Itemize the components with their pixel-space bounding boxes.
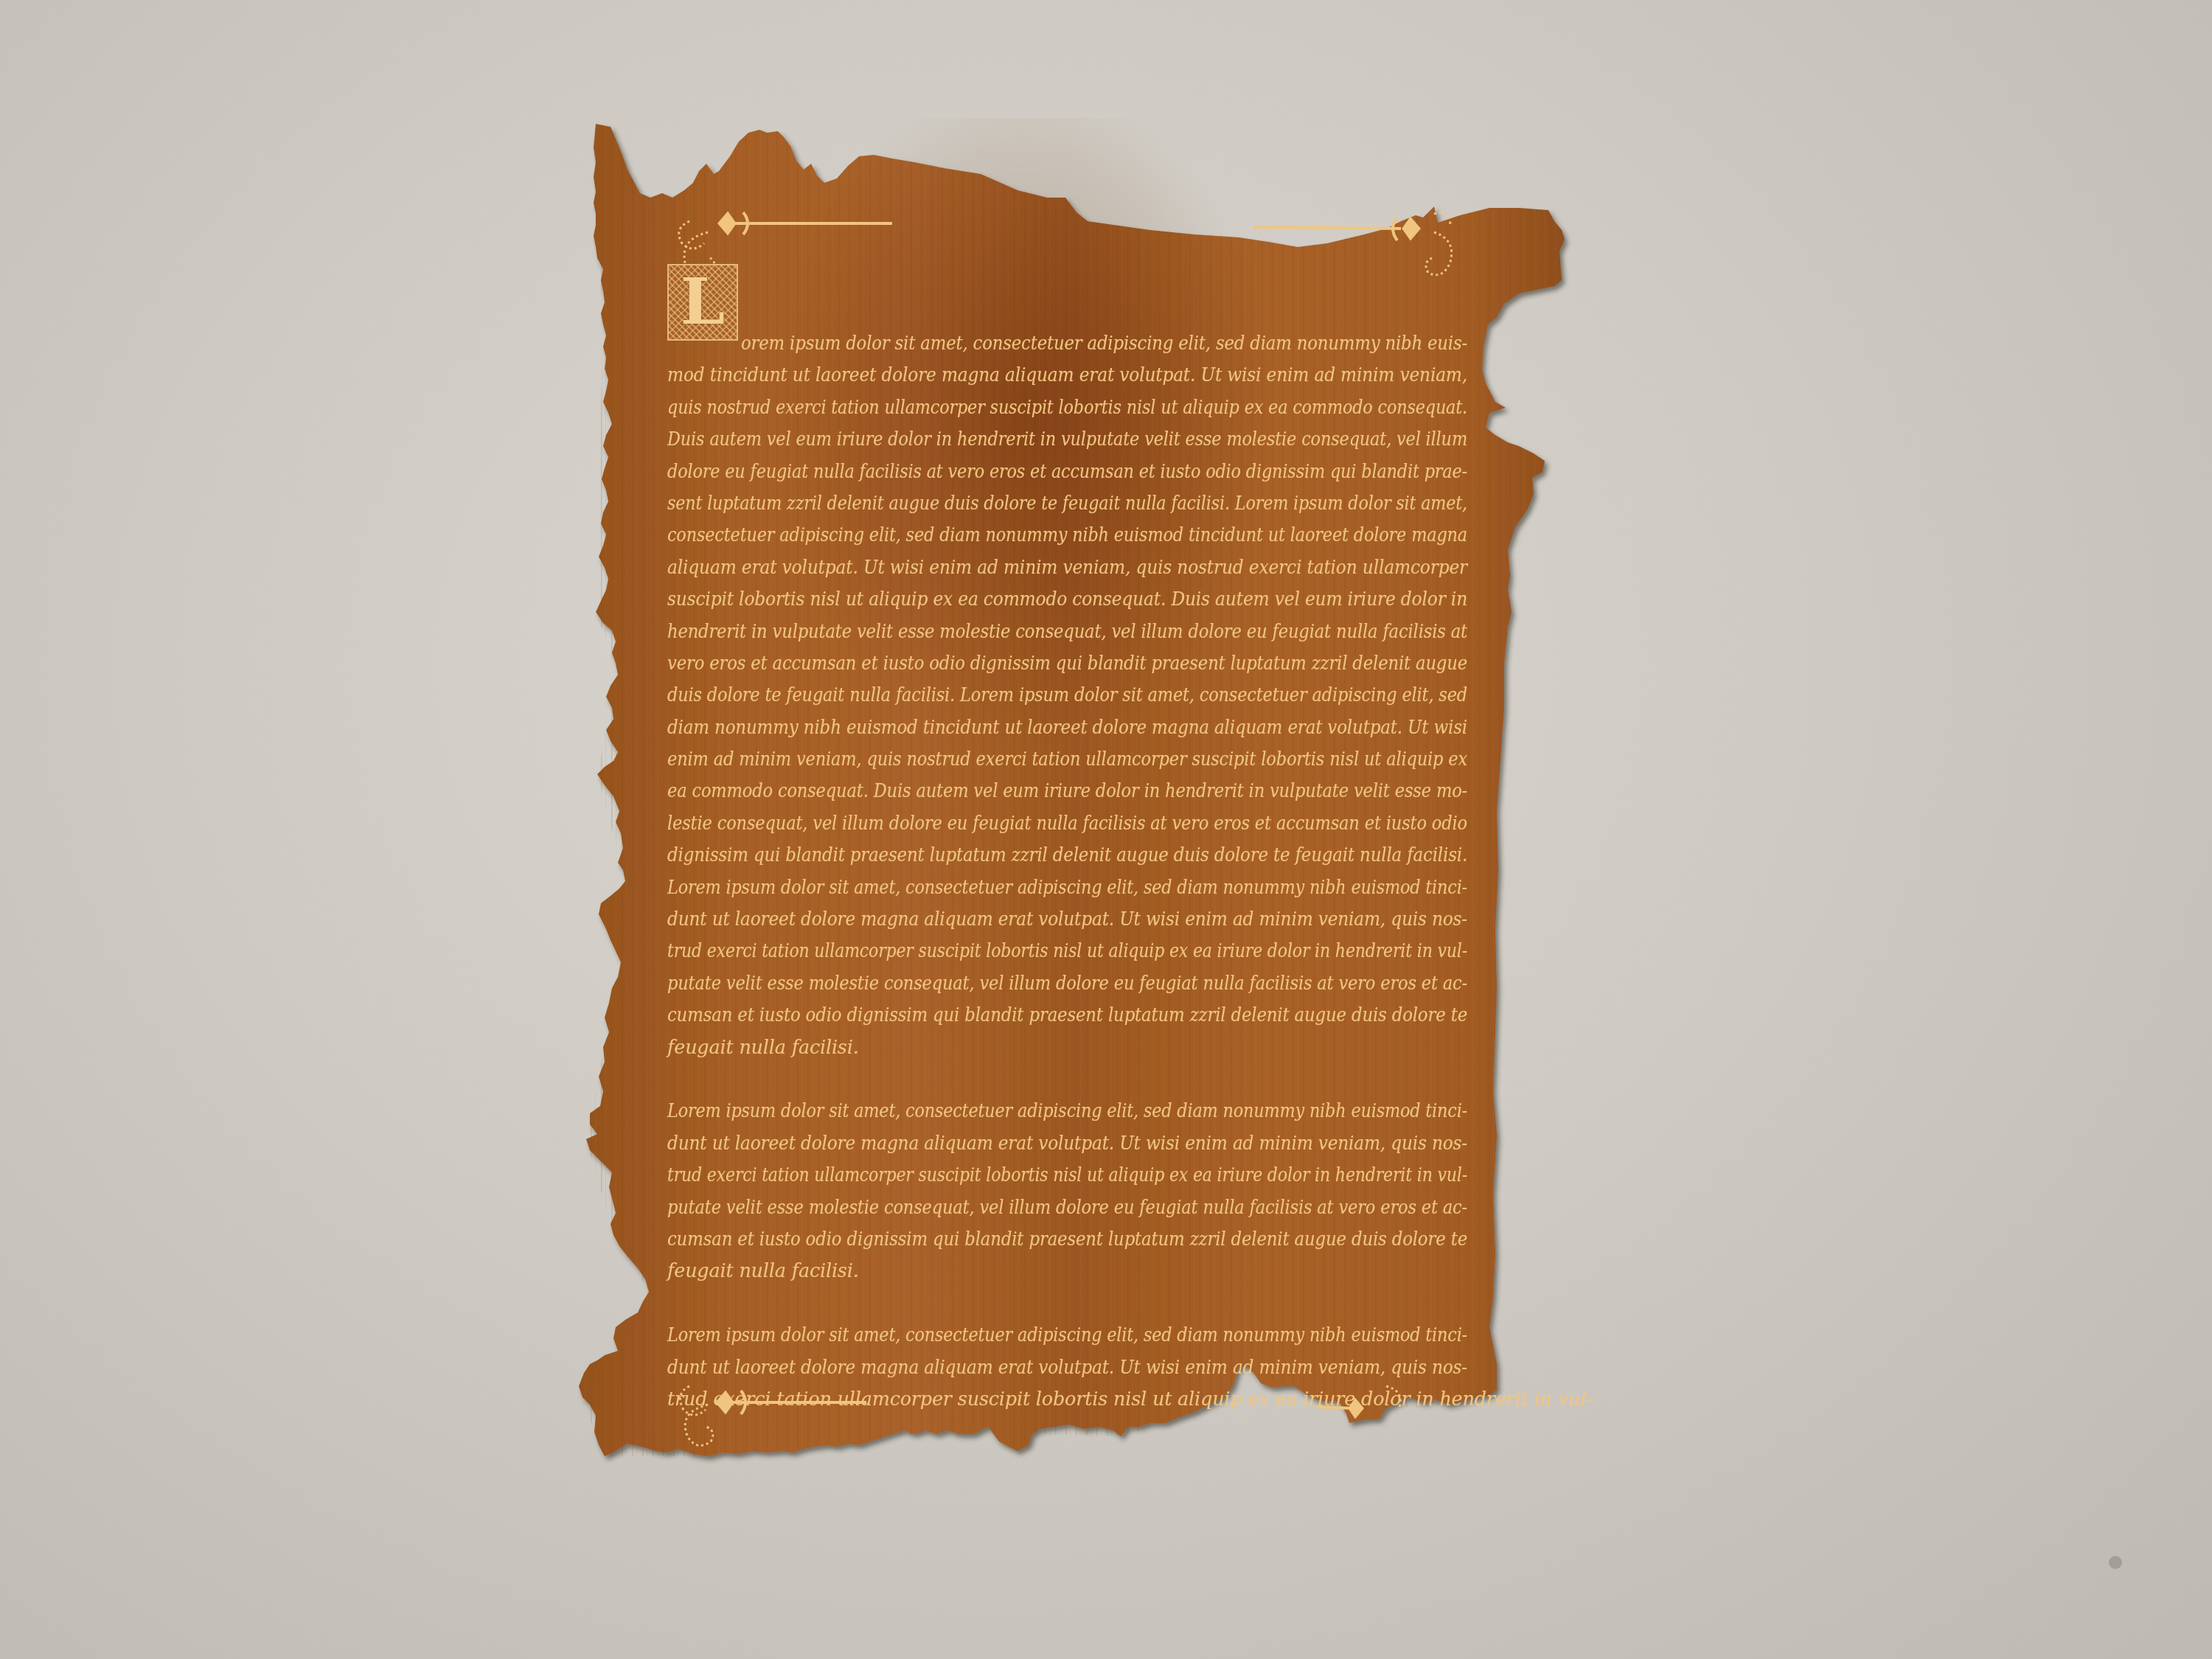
text-line: mod tincidunt ut laoreet dolore magna al… bbox=[667, 360, 1471, 392]
text-line: Lorem ipsum dolor sit amet, consectetuer… bbox=[667, 1320, 1471, 1352]
paragraph-gap bbox=[667, 1064, 1471, 1096]
text-line: enim ad minim veniam, quis nostrud exerc… bbox=[667, 744, 1471, 776]
text-line: feugait nulla facilisi. bbox=[667, 1256, 1471, 1287]
text-line: trud exerci tation ullamcorper suscipit … bbox=[667, 1384, 1471, 1416]
text-line: feugait nulla facilisi. bbox=[667, 1032, 1471, 1064]
text-line: orem ipsum dolor sit amet, consectetuer … bbox=[667, 328, 1471, 360]
text-line: suscipit lobortis nisl ut aliquip ex ea … bbox=[667, 584, 1471, 616]
text-line: lestie consequat, vel illum dolore eu fe… bbox=[667, 808, 1471, 840]
text-line: Lorem ipsum dolor sit amet, consectetuer… bbox=[667, 872, 1471, 904]
text-line: dolore eu feugiat nulla facilisis at ver… bbox=[667, 456, 1471, 488]
text-line: cumsan et iusto odio dignissim qui bland… bbox=[667, 1000, 1471, 1032]
text-line: duis dolore te feugait nulla facilisi. L… bbox=[667, 680, 1471, 712]
text-line: trud exerci tation ullamcorper suscipit … bbox=[667, 1160, 1471, 1192]
text-line: putate velit esse molestie consequat, ve… bbox=[667, 968, 1471, 1000]
text-line: dignissim qui blandit praesent luptatum … bbox=[667, 840, 1471, 872]
text-line: cumsan et iusto odio dignissim qui bland… bbox=[667, 1224, 1471, 1256]
text-line: dunt ut laoreet dolore magna aliquam era… bbox=[667, 904, 1471, 936]
text-line: hendrerit in vulputate velit esse molest… bbox=[667, 616, 1471, 648]
text-line: consectetuer adipiscing elit, sed diam n… bbox=[667, 520, 1471, 552]
engraved-text: orem ipsum dolor sit amet, consectetuer … bbox=[667, 328, 1471, 1416]
text-line: diam nonummy nibh euismod tincidunt ut l… bbox=[667, 712, 1471, 744]
drop-cap-letter: L bbox=[681, 271, 725, 334]
text-line: quis nostrud exerci tation ullamcorper s… bbox=[667, 392, 1471, 424]
text-line: vero eros et accumsan et iusto odio dign… bbox=[667, 648, 1471, 680]
text-line: Lorem ipsum dolor sit amet, consectetuer… bbox=[667, 1096, 1471, 1127]
text-line: dunt ut laoreet dolore magna aliquam era… bbox=[667, 1352, 1471, 1384]
text-line: ea commodo consequat. Duis autem vel eum… bbox=[667, 776, 1471, 807]
text-line: Duis autem vel eum iriure dolor in hendr… bbox=[667, 424, 1471, 456]
wooden-plaque: L orem ipsum dolor sit amet, consectetue… bbox=[0, 0, 2212, 1659]
paragraph-gap bbox=[667, 1288, 1471, 1320]
text-line: aliquam erat volutpat. Ut wisi enim ad m… bbox=[667, 552, 1471, 584]
text-line: dunt ut laoreet dolore magna aliquam era… bbox=[667, 1128, 1471, 1160]
text-line: sent luptatum zzril delenit augue duis d… bbox=[667, 488, 1471, 520]
text-line: trud exerci tation ullamcorper suscipit … bbox=[667, 936, 1471, 967]
text-line: putate velit esse molestie consequat, ve… bbox=[667, 1192, 1471, 1224]
